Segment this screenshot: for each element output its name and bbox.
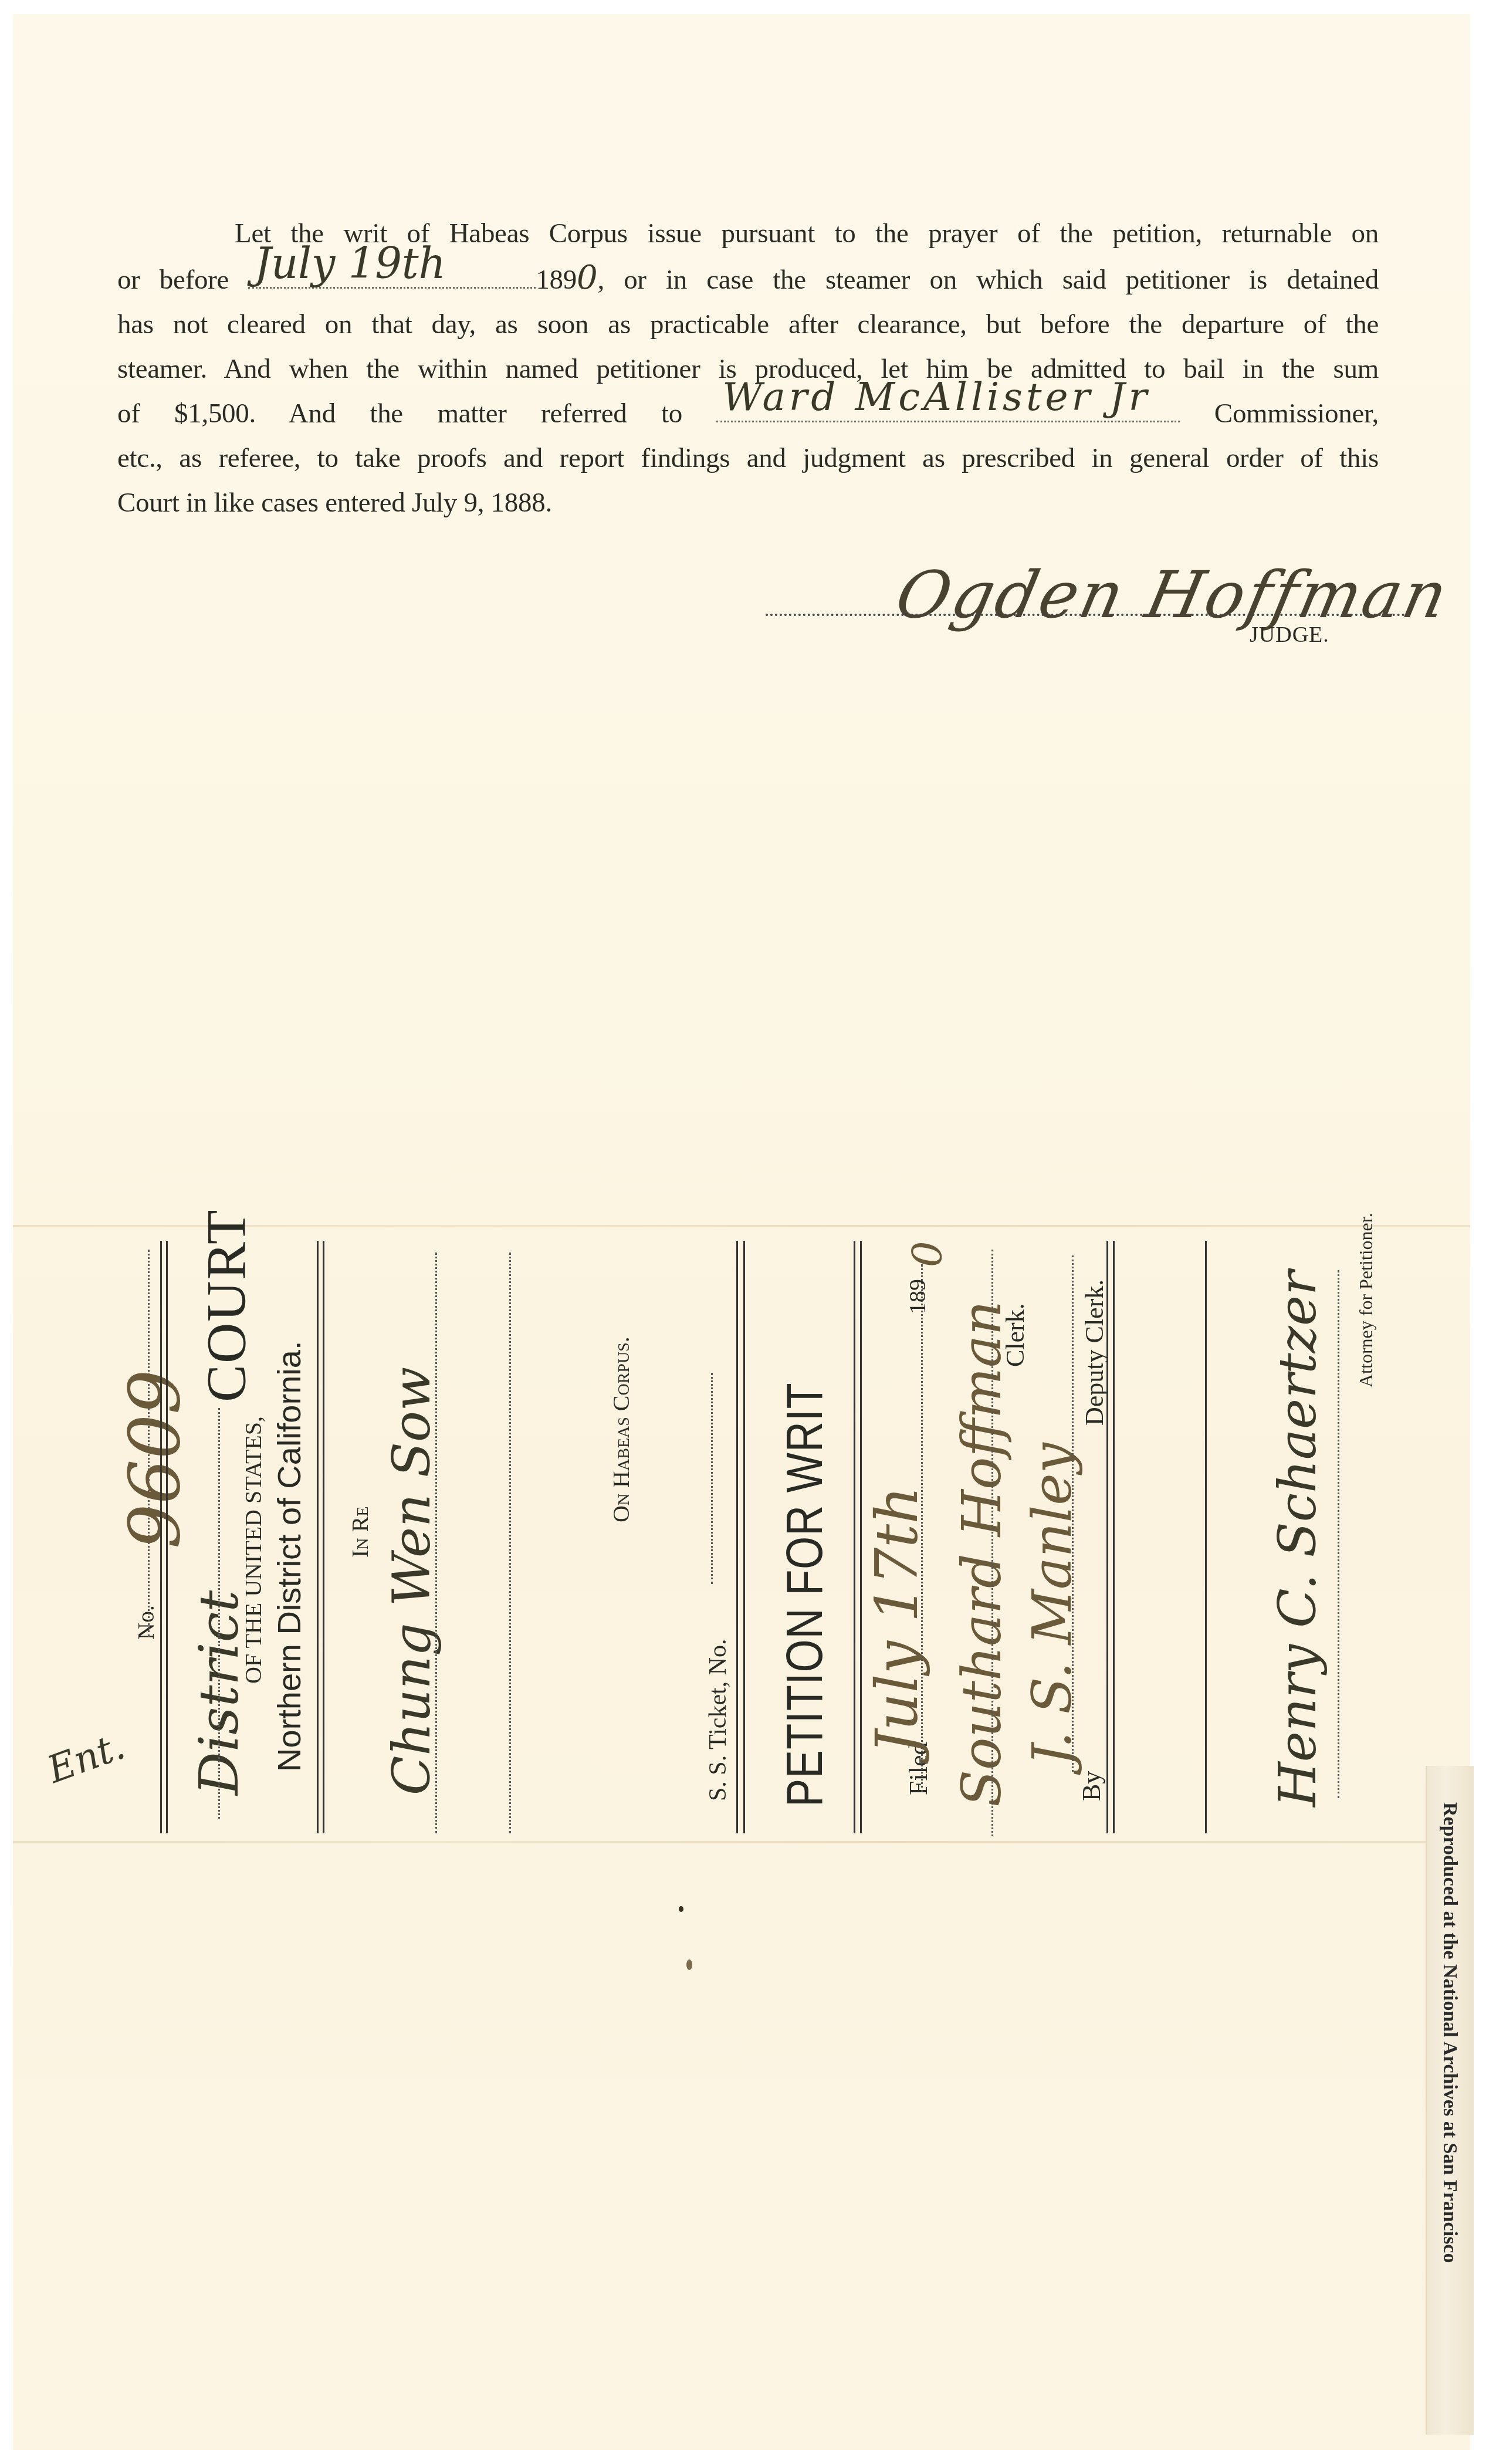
by-label: By [1077, 1771, 1106, 1801]
cover-rule-3a [736, 1241, 738, 1833]
cover-rule-2b [323, 1241, 324, 1833]
cover-rule-2a [317, 1241, 319, 1833]
district-name: Northern District of California. [270, 1341, 308, 1772]
order-line-2: or before July 19th 1890, or in case the… [117, 256, 1379, 302]
clerk-line [991, 1250, 993, 1836]
year-prefix-cover: 189 [903, 1279, 931, 1314]
clerk-label: Clerk. [1000, 1303, 1030, 1367]
year-suffix-handwritten: 0 [577, 259, 597, 297]
case-number-handwritten: 9609 [114, 1370, 196, 1549]
order-line-5: of $1,500. And the matter referred to Wa… [117, 391, 1379, 436]
commissioner-field: Ward McAllister Jr [716, 421, 1180, 422]
order-line-2-rest: , or in case the steamer on which said p… [597, 265, 1379, 295]
year-suffix-cover-handwritten: 0 [903, 1241, 952, 1267]
cover-rule-1b [166, 1241, 168, 1833]
cover-rule-4b [860, 1241, 862, 1833]
ss-ticket-line [711, 1373, 713, 1584]
fold-line-lower [13, 1841, 1470, 1843]
on-habeas-corpus: On Habeas Corpus. [607, 1336, 635, 1522]
petitioner-name-line [435, 1253, 437, 1833]
cover-rule-6 [1205, 1241, 1207, 1833]
return-date-handwritten: July 19th [254, 241, 445, 286]
commissioner-handwritten: Ward McAllister Jr [722, 375, 1150, 419]
order-paragraph: Let the writ of Habeas Corpus issue purs… [117, 211, 1379, 525]
cover-rule-5a [1106, 1241, 1108, 1833]
filed-date-line [921, 1264, 923, 1792]
commissioner-label: Commissioner, [1214, 398, 1379, 429]
cover-rule-4a [854, 1241, 855, 1833]
archive-stamp-strip: Reproduced at the National Archives at S… [1426, 1766, 1474, 2435]
in-re-label: In Re [346, 1507, 374, 1558]
archive-stamp-text: Reproduced at the National Archives at S… [1439, 1802, 1461, 2263]
court-type-line [218, 1408, 220, 1819]
deputy-clerk-signature: J. S. Manley [1021, 1443, 1084, 1766]
attorney-signature: Henry C. Schaertzer [1267, 1271, 1328, 1807]
cover-rule-1a [160, 1241, 162, 1833]
of-united-states: OF THE UNITED STATES, [239, 1416, 267, 1684]
ss-ticket-label: S. S. Ticket, No. [704, 1639, 732, 1801]
or-before-text: or before [117, 265, 229, 295]
attorney-label: Attorney for Petitioner. [1355, 1213, 1377, 1387]
ink-speck [679, 1906, 683, 1912]
judge-signature-line [766, 614, 1405, 616]
year-prefix: 189 [536, 265, 577, 295]
attorney-line [1338, 1270, 1339, 1798]
ink-speck [686, 1959, 692, 1970]
cover-rule-5b [1113, 1241, 1115, 1833]
court-title: COURT [194, 1209, 259, 1402]
referred-to-text: of $1,500. And the matter referred to [117, 398, 682, 429]
judge-label: JUDGE. [1250, 622, 1329, 648]
petition-title: PETITION FOR WRIT [774, 1383, 834, 1807]
petitioner-name-handwritten: Chung Wen Sow [381, 1367, 442, 1795]
order-line-6: etc., as referee, to take proofs and rep… [117, 436, 1379, 480]
judge-signature: Ogden Hoffman [889, 557, 1456, 632]
deputy-clerk-label: Deputy Clerk. [1079, 1280, 1109, 1426]
case-number-label: No. [132, 1605, 160, 1640]
order-line-7: Court in like cases entered July 9, 1888… [117, 480, 1379, 525]
petitioner-name-line-2 [509, 1253, 511, 1833]
cover-rule-3b [743, 1241, 745, 1833]
clerk-signature: Southard Hoffman [950, 1301, 1013, 1807]
order-line-3: has not cleared on that day, as soon as … [117, 302, 1379, 347]
deputy-clerk-line [1072, 1255, 1074, 1772]
return-date-field: July 19th [248, 287, 536, 289]
